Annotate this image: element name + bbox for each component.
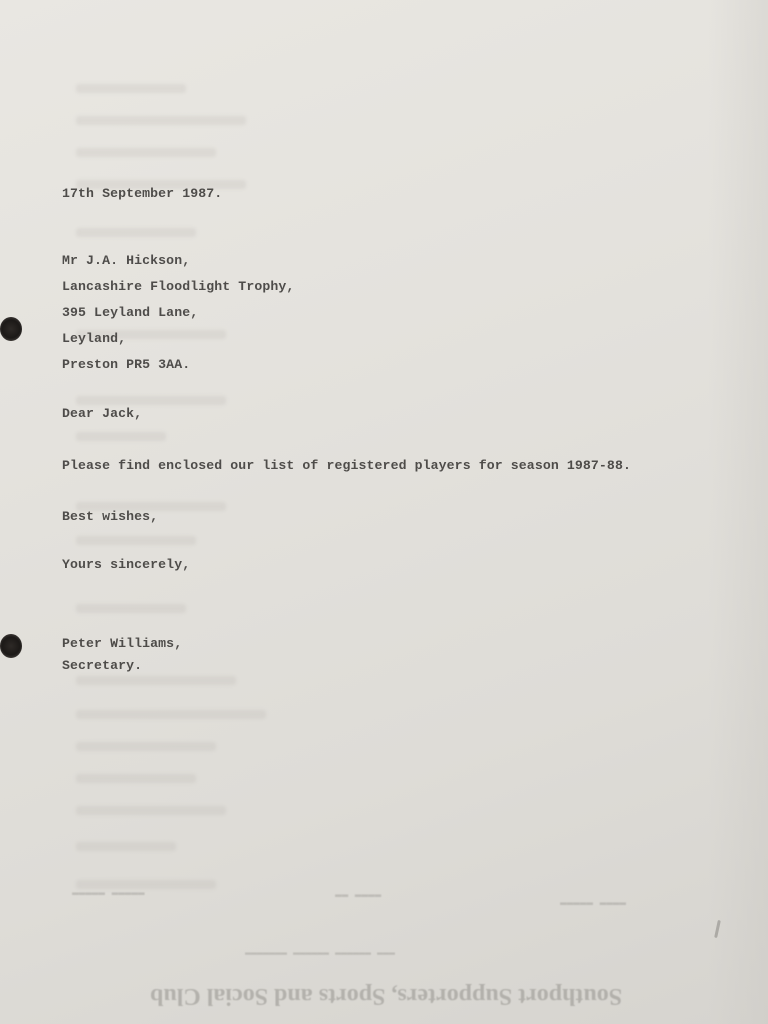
- show-through-line: [76, 116, 246, 125]
- show-through-line: [76, 84, 186, 93]
- show-through-line: [76, 228, 196, 237]
- signatory-title: Secretary.: [62, 658, 142, 673]
- show-through-officer-3: ▬▬▬▬ ▬▬▬▬▬: [560, 898, 626, 910]
- show-through-letterhead-title: Southport Supporters, Sports and Social …: [150, 982, 622, 1009]
- punch-hole: [0, 317, 22, 341]
- recipient-city-postcode: Preston PR5 3AA.: [62, 357, 190, 372]
- show-through-officer-2: ▬▬▬▬ ▬▬: [335, 890, 381, 902]
- show-through-line: [76, 396, 226, 405]
- signatory-name: Peter Williams,: [62, 636, 182, 651]
- show-through-line: [76, 432, 166, 441]
- paper-shading: [708, 0, 768, 1024]
- show-through-officer-1: ▬▬▬▬▬ ▬▬▬▬▬: [72, 888, 145, 900]
- show-through-line: [76, 842, 176, 851]
- letter-body: Please find enclosed our list of registe…: [62, 458, 631, 473]
- show-through-address: ▬▬▬ ▬▬▬▬▬▬ ▬▬▬▬▬▬ ▬▬▬▬▬▬▬: [245, 948, 395, 959]
- show-through-line: [76, 806, 226, 815]
- recipient-name: Mr J.A. Hickson,: [62, 253, 190, 268]
- closing-best-wishes: Best wishes,: [62, 509, 158, 524]
- show-through-line: [76, 148, 216, 157]
- show-through-line: [76, 536, 196, 545]
- letter-page: 17th September 1987. Mr J.A. Hickson, La…: [0, 0, 768, 1024]
- salutation: Dear Jack,: [62, 406, 142, 421]
- show-through-line: [76, 604, 186, 613]
- recipient-street: 395 Leyland Lane,: [62, 305, 198, 320]
- recipient-organisation: Lancashire Floodlight Trophy,: [62, 279, 294, 294]
- show-through-line: [76, 774, 196, 783]
- punch-hole: [0, 634, 22, 658]
- recipient-town: Leyland,: [62, 331, 126, 346]
- show-through-line: [76, 710, 266, 719]
- closing-yours-sincerely: Yours sincerely,: [62, 557, 190, 572]
- show-through-line: [76, 742, 216, 751]
- show-through-line: [76, 676, 236, 685]
- letter-date: 17th September 1987.: [62, 186, 222, 201]
